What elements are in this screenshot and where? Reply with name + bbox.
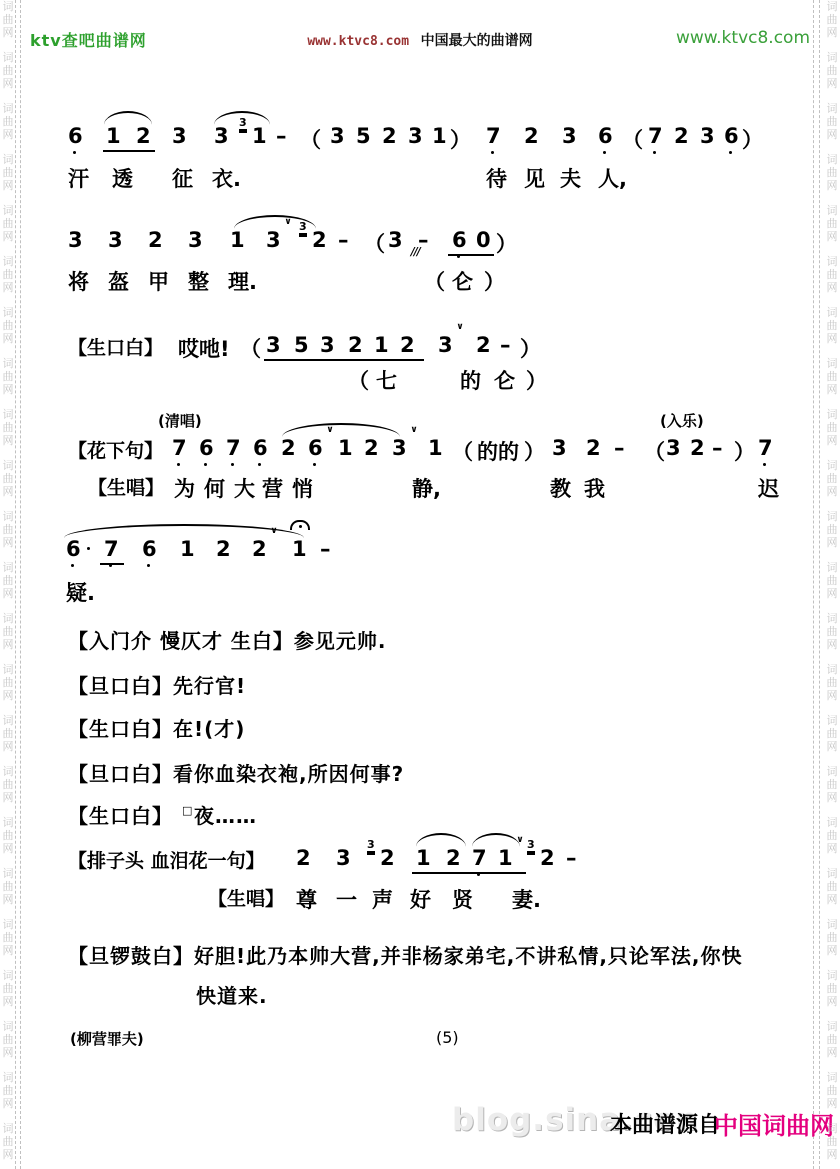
note-token: 7 xyxy=(226,436,241,460)
note-token: 2 xyxy=(382,124,397,148)
lyric-text: 【旦口白】看你血染衣袍,所因何事? xyxy=(68,758,404,787)
lyric-text: 声 xyxy=(372,884,393,914)
lyric-text: 将 xyxy=(68,266,89,296)
octave-dot-icon xyxy=(603,151,606,154)
note-token: 1 xyxy=(252,124,267,148)
breath-mark-icon: ∨ xyxy=(410,425,417,435)
lyric-text: 仑 xyxy=(452,266,473,296)
octave-dot-icon xyxy=(204,463,207,466)
note-token: 3 xyxy=(172,124,187,148)
note-token: 3 xyxy=(320,333,335,357)
note-token: 3/// xyxy=(388,228,403,252)
lyric-text: 透 xyxy=(112,163,133,193)
note-token: 2 xyxy=(312,228,327,252)
lyric-text: 为 xyxy=(174,473,195,503)
lyric-text: 好 xyxy=(410,884,431,914)
note-token: 3 xyxy=(266,333,281,357)
score-line: 【生口白】□夜…… xyxy=(0,800,840,834)
lyric-text: 【排子头 血泪花一句】 xyxy=(68,846,265,873)
slur-arc xyxy=(416,833,466,847)
lyric-text: 营 xyxy=(262,473,283,503)
lyric-text: 七 xyxy=(376,365,397,395)
note-token: 6 xyxy=(199,436,214,460)
note-token: 1 xyxy=(180,537,195,561)
note-token: 7 xyxy=(472,846,487,870)
note-token: 3 xyxy=(562,124,577,148)
lyric-text: 人, xyxy=(598,163,627,193)
score-line: 6123331–（35231）7236（7236） xyxy=(0,124,840,158)
note-token: (5) xyxy=(436,1028,459,1047)
lyric-text: 夫 xyxy=(560,163,581,193)
score-line: 【生口白】哎吔!（3532123∨2–） xyxy=(0,333,840,367)
lyric-text: 静, xyxy=(412,473,441,503)
lyric-text: 衣. xyxy=(212,163,241,193)
note-token: – xyxy=(712,436,723,460)
note-token: 3 xyxy=(408,124,423,148)
lyric-text: 【生唱】 xyxy=(88,473,164,500)
lyric-text: 的的 xyxy=(477,436,519,466)
score-line: 【旦锣鼓白】好胆!此乃本帅大营,并非杨家弟宅,不讲私情,只论军法,你快 xyxy=(0,940,840,974)
lyric-text: 甲 xyxy=(148,266,169,296)
fermata-icon xyxy=(290,520,310,530)
score-line: 将盔甲整理.（仑） xyxy=(0,266,840,300)
beam-underline xyxy=(468,872,526,874)
score-line: 【花下句】767626∨123∨1（的的）32–（32–）7 xyxy=(0,436,840,470)
octave-dot-icon xyxy=(258,463,261,466)
score-line: 疑. xyxy=(0,577,840,611)
lyric-text: 理. xyxy=(228,266,257,296)
note-token: 3 xyxy=(367,839,375,851)
score-line: 【生唱】为何大营悄静,教我迟 xyxy=(0,473,840,507)
note-token: 1 xyxy=(428,436,443,460)
note-token: 1 xyxy=(106,124,121,148)
beam-underline xyxy=(318,359,372,361)
note-token: 7 xyxy=(758,436,773,460)
note-token: 2 xyxy=(540,846,555,870)
note-token: – xyxy=(566,846,577,870)
breath-mark-icon: ∨ xyxy=(456,322,463,332)
note-token: ） xyxy=(524,436,545,466)
octave-dot-icon xyxy=(147,564,150,567)
note-token: 5 xyxy=(356,124,371,148)
note-token: 3 xyxy=(214,124,229,148)
note-token: 2 xyxy=(296,846,311,870)
score-line: 【生口白】在!(才) xyxy=(0,713,840,747)
score-line: 汗透征衣.待见夫人, xyxy=(0,163,840,197)
note-token: 6 xyxy=(142,537,157,561)
lyric-text: 仑 xyxy=(494,365,515,395)
note-token: ） xyxy=(450,124,471,154)
lyric-text: 【生口白】 xyxy=(68,800,173,829)
score-line: 【排子头 血泪花一句】23321271∨32– xyxy=(0,846,840,880)
lyric-text: 哎吔! xyxy=(178,333,230,363)
note-token: 1 xyxy=(338,436,353,460)
note-token: (清唱) xyxy=(158,410,202,431)
octave-dot-icon xyxy=(71,564,74,567)
beam-underline xyxy=(100,563,124,565)
note-token: 6 xyxy=(452,228,467,252)
score-line: 676122∨1– xyxy=(0,537,840,571)
note-token: 2 xyxy=(400,333,415,357)
lyric-text: 妻. xyxy=(512,884,541,914)
note-token: 2 xyxy=(586,436,601,460)
note-token: 3 xyxy=(527,839,535,851)
lyric-text: 大 xyxy=(234,473,255,503)
octave-dot-icon xyxy=(177,463,180,466)
beam-underline xyxy=(412,872,470,874)
note-token: ） xyxy=(496,228,517,258)
octave-dot-icon xyxy=(763,463,766,466)
note-token: □ xyxy=(182,804,192,817)
note-token: （ xyxy=(240,333,261,363)
note-token: 3 xyxy=(108,228,123,252)
note-token: 1 xyxy=(432,124,447,148)
lyric-text: 【入门介 慢仄才 生白】参见元帅. xyxy=(68,625,387,654)
lyric-text: 一 xyxy=(336,884,357,914)
lyric-text: （ xyxy=(424,266,445,296)
note-token: – xyxy=(418,228,429,252)
note-token: ） xyxy=(520,333,541,363)
lyric-text: 【生口白】在!(才) xyxy=(68,713,245,742)
lyric-text: 疑. xyxy=(66,577,95,607)
lyric-text: 【旦锣鼓白】好胆!此乃本帅大营,并非杨家弟宅,不讲私情,只论军法,你快 xyxy=(68,940,743,969)
note-token: 3 xyxy=(666,436,681,460)
note-token: 1 xyxy=(230,228,245,252)
note-token: 6 xyxy=(66,537,81,561)
note-token: 3 xyxy=(330,124,345,148)
page: { "header": { "logo": "ktv查吧曲谱网", "cente… xyxy=(0,0,840,1169)
note-token: 6 xyxy=(68,124,83,148)
note-token: 3 xyxy=(188,228,203,252)
lyric-text: 悄 xyxy=(292,473,313,503)
note-token: 5 xyxy=(294,333,309,357)
octave-dot-icon xyxy=(491,151,494,154)
lyric-text: 盔 xyxy=(108,266,129,296)
score-line: 【生唱】尊一声好贤妻. xyxy=(0,884,840,918)
note-token: 2 xyxy=(364,436,379,460)
note-token: 2 xyxy=(281,436,296,460)
score-line: 【旦口白】看你血染衣袍,所因何事? xyxy=(0,758,840,792)
lyric-text: 【花下句】 xyxy=(68,436,163,463)
note-token: 1 xyxy=(292,537,307,561)
note-token: 3 xyxy=(552,436,567,460)
beam-underline xyxy=(372,359,424,361)
note-token: ） xyxy=(734,436,755,466)
lyric-text: 汗 xyxy=(68,163,89,193)
lyric-text: 何 xyxy=(204,473,225,503)
beam-underline xyxy=(264,359,318,361)
note-token: 7 xyxy=(648,124,663,148)
note-token: （ xyxy=(644,436,665,466)
note-token: 2 xyxy=(690,436,705,460)
note-token: 6∨ xyxy=(308,436,323,460)
note-token: （ xyxy=(364,228,385,258)
note-token: 6 xyxy=(253,436,268,460)
note-token: – xyxy=(338,228,349,252)
note-token: 2 xyxy=(148,228,163,252)
note-token: 3∨ xyxy=(392,436,407,460)
note-token: 7 xyxy=(486,124,501,148)
lyric-text: 教 xyxy=(550,473,571,503)
note-token: （ xyxy=(452,436,473,466)
note-token: 3 xyxy=(700,124,715,148)
lyric-text: ） xyxy=(526,365,547,395)
lyric-text: 征 xyxy=(172,163,193,193)
note-token: – xyxy=(320,537,331,561)
note-token: （ xyxy=(300,124,321,154)
lyric-text: 我 xyxy=(584,473,605,503)
lyric-text: 的 xyxy=(460,365,481,395)
note-token: 2 xyxy=(216,537,231,561)
octave-dot-icon xyxy=(653,151,656,154)
note-token: 2 xyxy=(674,124,689,148)
score-area: 6123331–（35231）7236（7236）汗透征衣.待见夫人,33231… xyxy=(0,0,840,1169)
score-line: （七的仑） xyxy=(0,365,840,399)
note-token: – xyxy=(500,333,511,357)
lyric-text: 贤 xyxy=(452,884,473,914)
lyric-text: 【旦口白】先行官! xyxy=(68,670,246,699)
note-token: 3 xyxy=(336,846,351,870)
note-token: 2 xyxy=(380,846,395,870)
note-token: – xyxy=(614,436,625,460)
slur-arc xyxy=(214,111,270,125)
slur-arc xyxy=(234,215,316,229)
lyric-text: 夜…… xyxy=(194,800,257,829)
octave-dot-icon xyxy=(231,463,234,466)
note-token: – xyxy=(276,124,287,148)
note-token: 6 xyxy=(724,124,739,148)
score-line: 【入门介 慢仄才 生白】参见元帅. xyxy=(0,625,840,659)
lyric-text: （ xyxy=(348,365,369,395)
lyric-text: 整 xyxy=(188,266,209,296)
score-line: 【旦口白】先行官! xyxy=(0,670,840,704)
slur-arc xyxy=(64,524,304,538)
note-token: 7 xyxy=(172,436,187,460)
slur-arc xyxy=(472,833,520,847)
augmentation-dot-icon xyxy=(87,547,90,550)
note-token: 7 xyxy=(104,537,119,561)
note-token: (柳营罪夫) xyxy=(70,1028,144,1049)
lyric-text: 尊 xyxy=(296,884,317,914)
note-token: (入乐) xyxy=(660,410,704,431)
lyric-text: 快道来. xyxy=(196,980,268,1009)
note-token: 2 xyxy=(524,124,539,148)
note-token: 6 xyxy=(598,124,613,148)
beam-underline xyxy=(103,150,155,152)
note-token: 3 xyxy=(68,228,83,252)
note-token: 3∨ xyxy=(266,228,281,252)
note-token: 1 xyxy=(374,333,389,357)
note-token: 3∨ xyxy=(438,333,453,357)
score-line: 快道来. xyxy=(0,980,840,1014)
beam-underline xyxy=(448,254,494,256)
note-token: 2 xyxy=(136,124,151,148)
lyric-text: 【生口白】 xyxy=(68,333,163,360)
lyric-text: 【生唱】 xyxy=(208,884,284,911)
note-token: 2 xyxy=(348,333,363,357)
note-token: 2∨ xyxy=(252,537,267,561)
slur-arc xyxy=(104,111,152,125)
score-line: (柳营罪夫)(5) xyxy=(0,1028,840,1062)
note-token: ） xyxy=(742,124,763,154)
note-token: 2 xyxy=(446,846,461,870)
note-token: 1 xyxy=(416,846,431,870)
octave-dot-icon xyxy=(73,151,76,154)
lyric-text: 待 xyxy=(486,163,507,193)
octave-dot-icon xyxy=(313,463,316,466)
lyric-text: 见 xyxy=(524,163,545,193)
note-token: （ xyxy=(622,124,643,154)
score-line: 332313∨32–（3///–60） xyxy=(0,228,840,262)
octave-dot-icon xyxy=(729,151,732,154)
lyric-text: ） xyxy=(484,266,505,296)
note-token: 1∨ xyxy=(498,846,513,870)
lyric-text: 迟 xyxy=(758,473,779,503)
note-token: 2 xyxy=(476,333,491,357)
note-token: 0 xyxy=(476,228,491,252)
